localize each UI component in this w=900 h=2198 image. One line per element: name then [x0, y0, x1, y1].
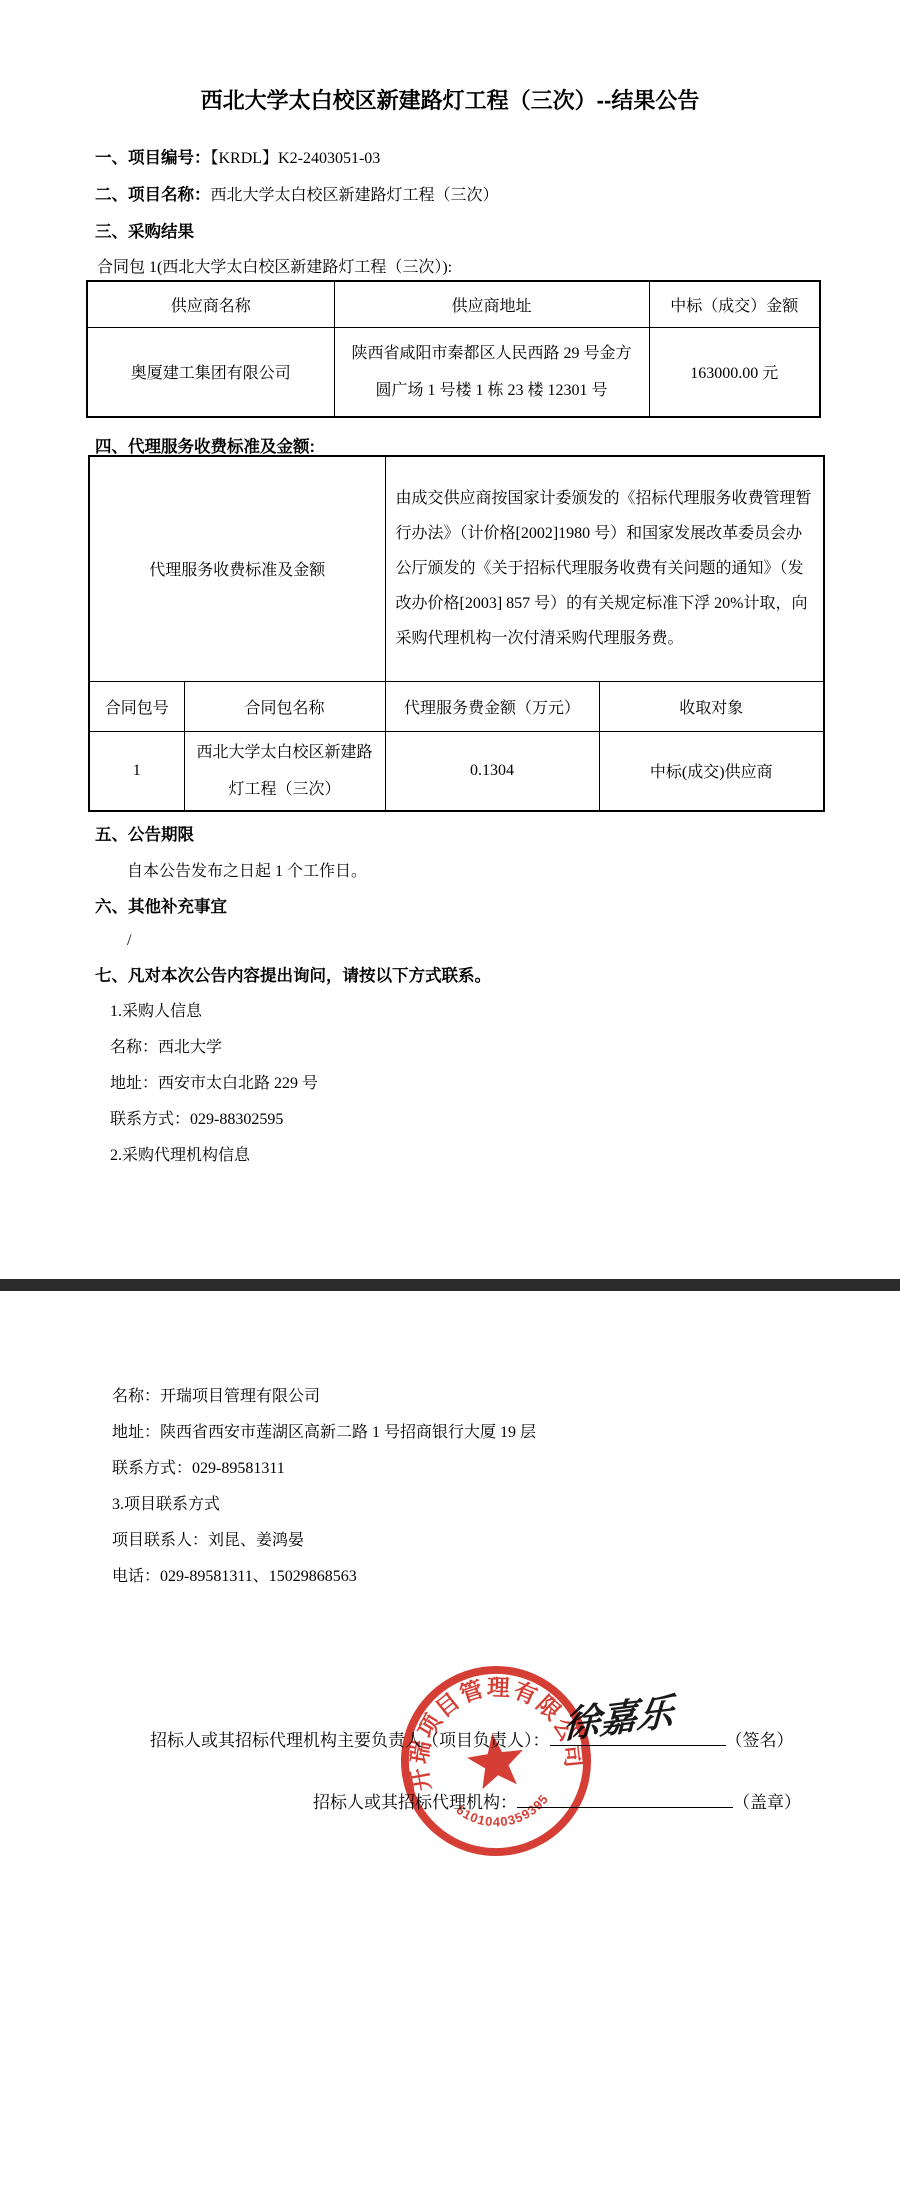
page-separator-bar — [0, 1279, 900, 1291]
supplier-address-header: 供应商地址 — [334, 281, 649, 327]
section-announcement-period-heading: 五、公告期限 — [95, 825, 194, 846]
purchaser-phone: 联系方式：029-88302595 — [110, 1110, 283, 1130]
payer-header: 收取对象 — [599, 681, 824, 731]
supplier-table-header-row: 供应商名称 供应商地址 中标（成交）金额 — [87, 281, 820, 327]
package-number-header: 合同包号 — [89, 681, 184, 731]
project-number-value: 【KRDL】K2-2403051-03 — [211, 150, 381, 167]
agency-info-heading: 2.采购代理机构信息 — [110, 1146, 250, 1166]
project-contact-names: 项目联系人：刘昆、姜鸿晏 — [112, 1531, 304, 1551]
agency-fee-header-row: 合同包号 合同包名称 代理服务费金额（万元） 收取对象 — [89, 681, 824, 731]
agency-address: 地址：陕西省西安市莲湖区高新二路 1 号招商银行大厦 19 层 — [112, 1423, 536, 1443]
project-contact-heading: 3.项目联系方式 — [112, 1495, 220, 1515]
section-procurement-result-heading: 三、采购结果 — [95, 222, 194, 243]
signature-line-person-suffix: （签名） — [726, 1731, 794, 1750]
section-project-number: 一、项目编号：【KRDL】K2-2403051-03 — [95, 148, 380, 169]
agency-name: 名称：开瑞项目管理有限公司 — [112, 1387, 320, 1407]
agency-fee-standard-label: 代理服务收费标准及金额 — [89, 456, 385, 681]
section-contact-heading: 七、凡对本次公告内容提出询问，请按以下方式联系。 — [95, 966, 491, 987]
agency-fee-data-row: 1 西北大学太白校区新建路灯工程（三次） 0.1304 中标(成交)供应商 — [89, 731, 824, 811]
agency-fee-table: 代理服务收费标准及金额 由成交供应商按国家计委颁发的《招标代理服务收费管理暂行办… — [88, 455, 825, 812]
agency-phone: 联系方式：029-89581311 — [112, 1459, 285, 1479]
contract-package-intro: 合同包 1(西北大学太白校区新建路灯工程（三次）): — [97, 258, 452, 278]
supplier-address-cell: 陕西省咸阳市秦都区人民西路 29 号金方圆广场 1 号楼 1 栋 23 楼 12… — [334, 327, 649, 417]
document-page: 西北大学太白校区新建路灯工程（三次）--结果公告 一、项目编号：【KRDL】K2… — [0, 0, 900, 2198]
award-amount-header: 中标（成交）金额 — [649, 281, 820, 327]
purchaser-name: 名称：西北大学 — [110, 1038, 222, 1058]
supplier-name-header: 供应商名称 — [87, 281, 334, 327]
package-number-cell: 1 — [89, 731, 184, 811]
agency-fee-standard-row: 代理服务收费标准及金额 由成交供应商按国家计委颁发的《招标代理服务收费管理暂行办… — [89, 456, 824, 681]
section-project-name: 二、项目名称：西北大学太白校区新建路灯工程（三次） — [95, 185, 499, 206]
supplier-name-cell: 奥厦建工集团有限公司 — [87, 327, 334, 417]
package-name-cell: 西北大学太白校区新建路灯工程（三次） — [184, 731, 385, 811]
supplier-table-row: 奥厦建工集团有限公司 陕西省咸阳市秦都区人民西路 29 号金方圆广场 1 号楼 … — [87, 327, 820, 417]
fee-amount-header: 代理服务费金额（万元） — [385, 681, 599, 731]
project-contact-phone: 电话：029-89581311、15029868563 — [112, 1567, 357, 1587]
payer-cell: 中标(成交)供应商 — [599, 731, 824, 811]
supplier-result-table: 供应商名称 供应商地址 中标（成交）金额 奥厦建工集团有限公司 陕西省咸阳市秦都… — [86, 280, 821, 418]
supplementary-body: / — [127, 931, 131, 951]
section-supplementary-heading: 六、其他补充事宜 — [95, 897, 227, 918]
project-name-value: 西北大学太白校区新建路灯工程（三次） — [211, 187, 499, 204]
project-name-label: 二、项目名称： — [95, 186, 211, 204]
package-name-header: 合同包名称 — [184, 681, 385, 731]
seal-number: 6101040359395 — [452, 1790, 555, 1836]
signature-line-org-suffix: （盖章） — [733, 1793, 801, 1812]
purchaser-info-heading: 1.采购人信息 — [110, 1002, 202, 1022]
agency-fee-standard-text: 由成交供应商按国家计委颁发的《招标代理服务收费管理暂行办法》（计价格[2002]… — [385, 456, 824, 681]
seal-star-icon — [464, 1730, 527, 1791]
project-number-label: 一、项目编号： — [95, 149, 211, 167]
announcement-period-body: 自本公告发布之日起 1 个工作日。 — [127, 862, 367, 882]
document-title: 西北大学太白校区新建路灯工程（三次）--结果公告 — [0, 84, 900, 115]
company-seal-stamp: 开瑞项目管理有限公司 6101040359395 — [384, 1649, 608, 1873]
fee-amount-cell: 0.1304 — [385, 731, 599, 811]
award-amount-cell: 163000.00 元 — [649, 327, 820, 417]
purchaser-address: 地址：西安市太白北路 229 号 — [110, 1074, 318, 1094]
